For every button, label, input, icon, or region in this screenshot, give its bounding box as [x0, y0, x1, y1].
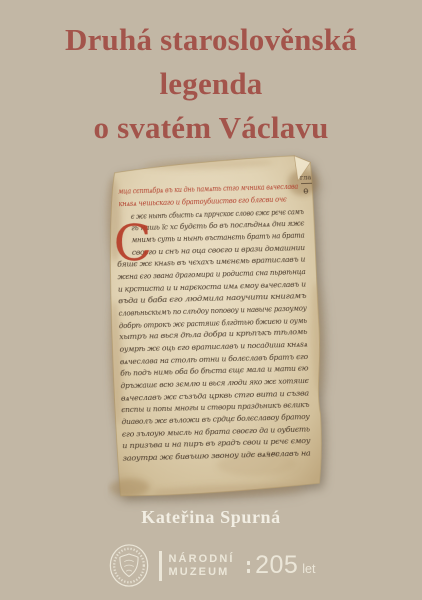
museum-wordmark-line2: MUZEUM	[169, 566, 235, 579]
anniversary-unit: let	[302, 562, 315, 576]
title-line-2: legenda	[0, 62, 422, 106]
museum-wordmark-line1: NÁRODNÍ	[169, 553, 235, 566]
anniversary-colon-icon	[247, 561, 251, 573]
narodni-muzeum-logo: NÁRODNÍ MUZEUM 205 let	[0, 542, 422, 589]
anniversary-number: 205	[255, 553, 298, 578]
museum-wordmark: NÁRODNÍ MUZEUM	[169, 553, 235, 579]
title-line-3: o svatém Václavu	[0, 106, 422, 150]
chapter-mark-top: гла	[300, 173, 312, 181]
logo-divider-bar	[159, 551, 162, 581]
manuscript-photo: мца сєптѧбрѧ въ ки днь памѧть стго мчник…	[98, 152, 336, 502]
author-name: Kateřina Spurná	[0, 507, 422, 528]
chapter-mark-bottom: ѳ	[303, 185, 309, 196]
margin-scribble: ѯ ми	[265, 450, 279, 457]
book-cover: Druhá staroslověnská legenda o svatém Vá…	[0, 0, 422, 600]
title-line-1: Druhá staroslověnská	[0, 18, 422, 62]
anniversary-mark: 205 let	[247, 553, 316, 578]
manuscript-page-drawing: мца сєптѧбрѧ въ ки днь памѧть стго мчник…	[98, 152, 336, 502]
manuscript-initial-letter: С	[113, 214, 153, 273]
museum-seal-icon	[107, 542, 151, 589]
book-title: Druhá staroslověnská legenda o svatém Vá…	[0, 18, 422, 150]
